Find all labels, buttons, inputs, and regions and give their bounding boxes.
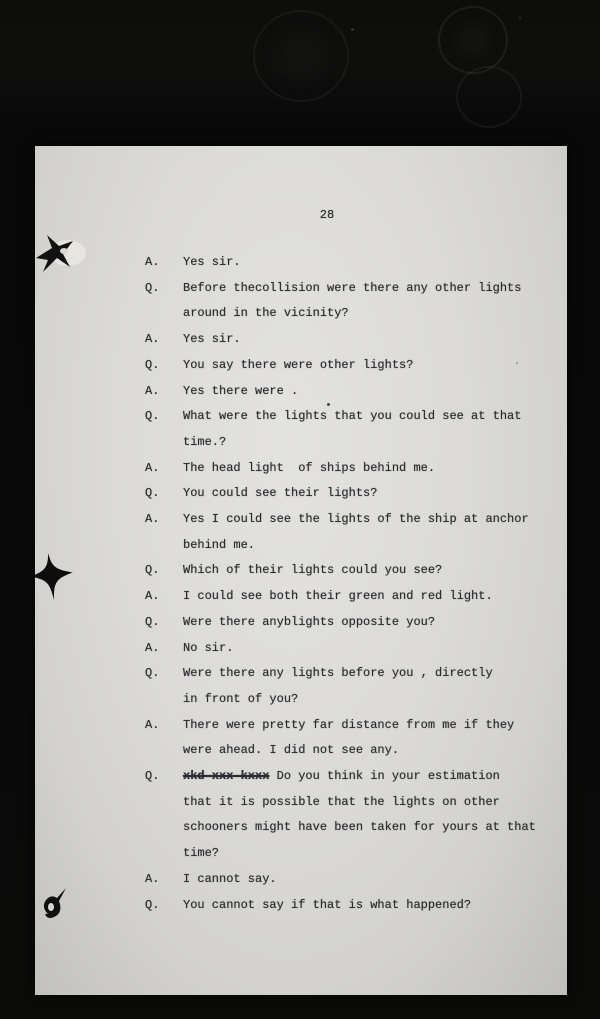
transcript-line: Yes sir. <box>183 327 559 353</box>
transcript-line: The head light of ships behind me. <box>183 456 559 482</box>
transcript-line: Were there any lights before you , direc… <box>183 661 559 687</box>
scanner-ring-artifact <box>456 66 522 128</box>
transcript-line: No sir. <box>183 636 559 662</box>
transcript-line: time.? <box>183 430 559 456</box>
qa-item: Q.You say there were other lights? <box>145 353 559 379</box>
speaker-label: A. <box>145 456 183 482</box>
scanner-ring-artifact <box>253 10 349 102</box>
speaker-label: A. <box>145 327 183 353</box>
speaker-label: Q. <box>145 558 183 584</box>
scanner-ring-artifact <box>438 6 508 74</box>
dust-speck <box>519 17 521 19</box>
transcript-line: xkd xxx kxxx Do you think in your estima… <box>183 764 559 790</box>
transcript-line: You cannot say if that is what happened? <box>183 893 559 919</box>
transcript-line: that it is possible that the lights on o… <box>183 790 559 816</box>
qa-item: Q.You cannot say if that is what happene… <box>145 893 559 919</box>
speaker-label: A. <box>145 867 183 893</box>
transcript-line: Yes I could see the lights of the ship a… <box>183 507 559 533</box>
speaker-label: Q. <box>145 276 183 302</box>
speaker-label: Q. <box>145 661 183 687</box>
qa-item: A.Yes I could see the lights of the ship… <box>145 507 559 558</box>
speaker-label: Q. <box>145 893 183 919</box>
qa-list: A.Yes sir.Q.Before thecollision were the… <box>145 250 559 918</box>
qa-item: Q.You could see their lights? <box>145 481 559 507</box>
scanned-document-page: 28 A.Yes sir.Q.Before thecollision were … <box>0 0 600 1019</box>
struck-out-text: xkd xxx kxxx <box>183 769 269 783</box>
transcript-line: You could see their lights? <box>183 481 559 507</box>
transcript-line: around in the vicinity? <box>183 301 559 327</box>
qa-item: A.The head light of ships behind me. <box>145 456 559 482</box>
stray-ink-dot <box>516 362 518 364</box>
qa-item: A.There were pretty far distance from me… <box>145 713 559 764</box>
transcript-line: You say there were other lights? <box>183 353 559 379</box>
transcript-line: Before thecollision were there any other… <box>183 276 559 302</box>
speaker-label: Q. <box>145 764 183 790</box>
transcript-line: I cannot say. <box>183 867 559 893</box>
transcript-line: I could see both their green and red lig… <box>183 584 559 610</box>
dust-speck <box>351 28 354 31</box>
qa-item: A.Yes sir. <box>145 327 559 353</box>
speaker-label: A. <box>145 636 183 662</box>
speaker-label: A. <box>145 507 183 533</box>
transcript-line: Were there anyblights opposite you? <box>183 610 559 636</box>
qa-item: Q.Were there any lights before you , dir… <box>145 661 559 712</box>
qa-item: A.Yes there were . <box>145 379 559 405</box>
speaker-label: A. <box>145 713 183 739</box>
qa-item: A.Yes sir. <box>145 250 559 276</box>
speaker-label: Q. <box>145 404 183 430</box>
speaker-label: A. <box>145 250 183 276</box>
transcript-line: What were the lights that you could see … <box>183 404 559 430</box>
transcript-line: Yes sir. <box>183 250 559 276</box>
qa-item: Q.Before thecollision were there any oth… <box>145 276 559 327</box>
page-number: 28 <box>305 208 349 222</box>
qa-item: A.I could see both their green and red l… <box>145 584 559 610</box>
speaker-label: Q. <box>145 353 183 379</box>
transcript-line: Which of their lights could you see? <box>183 558 559 584</box>
qa-item: Q.What were the lights that you could se… <box>145 404 559 455</box>
transcript-line: schooners might have been taken for your… <box>183 815 559 841</box>
transcript-line: were ahead. I did not see any. <box>183 738 559 764</box>
qa-item: A.No sir. <box>145 636 559 662</box>
transcript-line: Yes there were . <box>183 379 559 405</box>
speaker-label: A. <box>145 584 183 610</box>
speaker-label: Q. <box>145 481 183 507</box>
qa-item: Q.Which of their lights could you see? <box>145 558 559 584</box>
paper-sheet: 28 A.Yes sir.Q.Before thecollision were … <box>35 146 567 995</box>
transcript-line: behind me. <box>183 533 559 559</box>
qa-item: A.I cannot say. <box>145 867 559 893</box>
transcript-line: There were pretty far distance from me i… <box>183 713 559 739</box>
stray-ink-dot <box>327 403 330 406</box>
qa-item: Q.Were there anyblights opposite you? <box>145 610 559 636</box>
transcript-line: in front of you? <box>183 687 559 713</box>
qa-item: Q.xkd xxx kxxx Do you think in your esti… <box>145 764 559 867</box>
transcript-line: time? <box>183 841 559 867</box>
speaker-label: A. <box>145 379 183 405</box>
speaker-label: Q. <box>145 610 183 636</box>
